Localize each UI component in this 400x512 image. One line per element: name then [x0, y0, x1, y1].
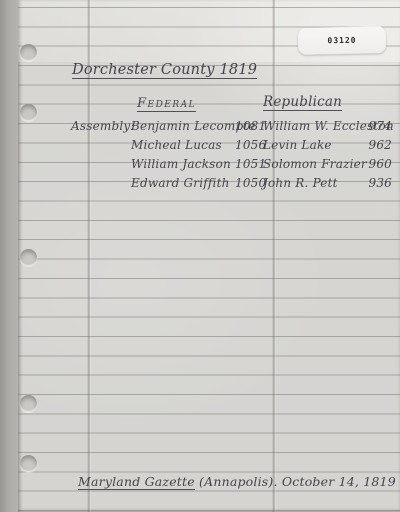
republican-candidate-name: Levin Lake [263, 138, 332, 152]
catalog-number: 03120 [327, 36, 356, 46]
column-header-republican: Republican [263, 94, 342, 110]
page-title-text: Dorchester County 1819 [72, 62, 257, 79]
republican-vote-count: 936 [362, 176, 392, 190]
punch-hole [20, 395, 37, 412]
federal-vote-count: 1051 [235, 157, 261, 171]
fold-crease-center [272, 0, 276, 512]
result-row: Assembly: Benjamin Lecompte 1081 William… [0, 119, 400, 138]
republican-candidate-name: John R. Pett [263, 176, 338, 190]
office-label: Assembly: [71, 119, 135, 133]
punch-hole [20, 455, 37, 472]
republican-candidate-name: Solomon Frazier [263, 157, 367, 171]
federal-vote-count: 1081 [235, 119, 261, 133]
republican-vote-count: 960 [362, 157, 392, 171]
republican-vote-count: 974 [362, 119, 392, 133]
federal-vote-count: 1056 [235, 138, 261, 152]
result-row: Edward Griffith 1050 John R. Pett 936 [0, 176, 400, 195]
result-row: William Jackson 1051 Solomon Frazier 960 [0, 157, 400, 176]
column-header-federal: Federal [137, 96, 196, 111]
page-title: Dorchester County 1819 [72, 62, 257, 78]
punch-hole [20, 249, 37, 266]
republican-vote-count: 962 [362, 138, 392, 152]
catalog-label: 03120 [298, 26, 387, 55]
ruled-lines [18, 7, 400, 512]
citation-source: Maryland Gazette [78, 474, 195, 490]
punch-hole [20, 44, 37, 61]
federal-candidate-name: Micheal Lucas [131, 138, 222, 152]
source-citation: Maryland Gazette (Annapolis). October 14… [78, 474, 396, 489]
result-row: Micheal Lucas 1056 Levin Lake 962 [0, 138, 400, 157]
federal-candidate-name: William Jackson [131, 157, 231, 171]
citation-detail: (Annapolis). October 14, 1819 [195, 474, 396, 489]
scanned-document: 03120 Dorchester County 1819 Federal Rep… [0, 0, 400, 512]
federal-candidate-name: Edward Griffith [131, 176, 230, 190]
federal-vote-count: 1050 [235, 176, 261, 190]
